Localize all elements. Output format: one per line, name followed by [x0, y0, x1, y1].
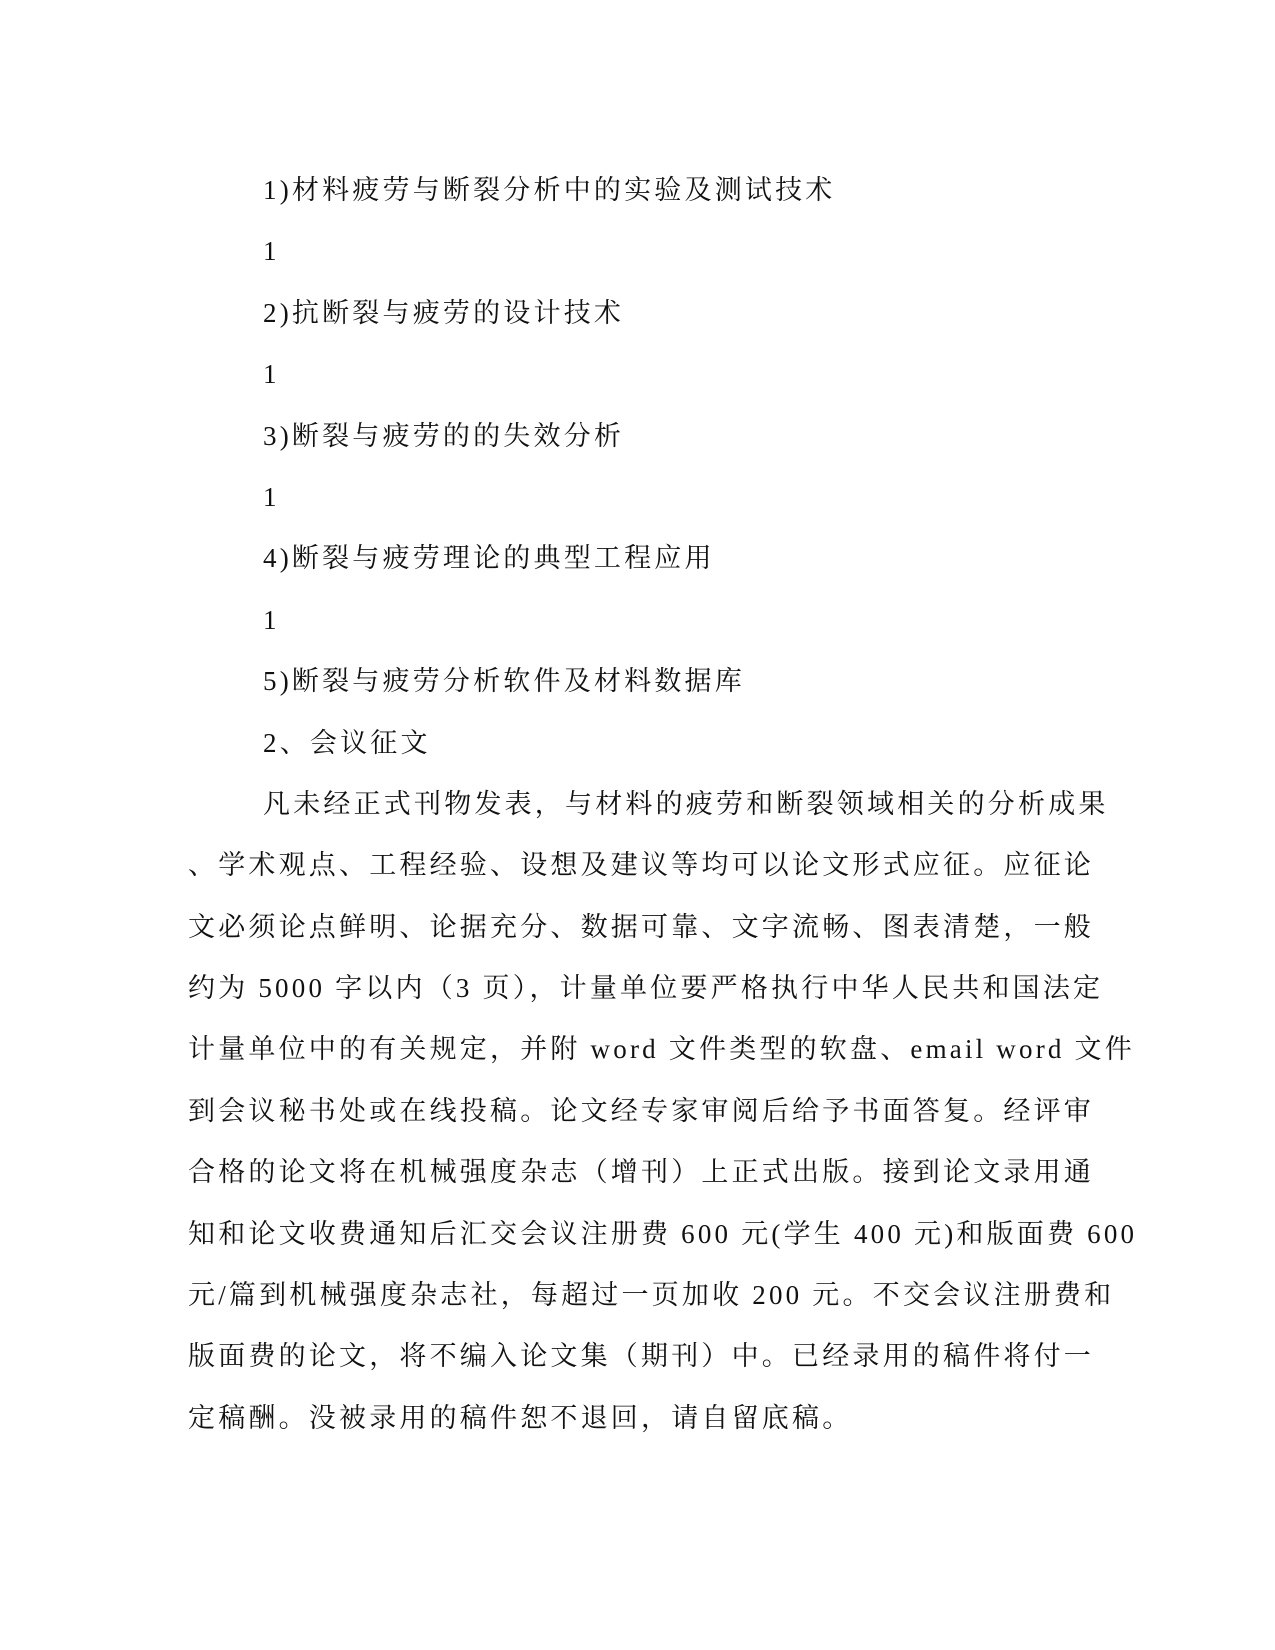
- paragraph-line: 文必须论点鲜明、论据充分、数据可靠、文字流畅、图表清楚，一般: [188, 897, 1080, 958]
- paragraph-line: 定稿酬。没被录用的稿件恕不退回，请自留底稿。: [188, 1388, 1080, 1449]
- topic-item-3: 3)断裂与疲劳的的失效分析: [188, 406, 1080, 467]
- paragraph-line: 凡未经正式刊物发表，与材料的疲劳和断裂领域相关的分析成果: [188, 774, 1080, 835]
- section-paragraph: 凡未经正式刊物发表，与材料的疲劳和断裂领域相关的分析成果 、学术观点、工程经验、…: [188, 774, 1080, 1449]
- topic-item-2: 2)抗断裂与疲劳的设计技术: [188, 283, 1080, 344]
- paragraph-line: 版面费的论文，将不编入论文集（期刊）中。已经录用的稿件将付一: [188, 1326, 1080, 1387]
- paragraph-line: 到会议秘书处或在线投稿。论文经专家审阅后给予书面答复。经评审: [188, 1081, 1080, 1142]
- topic-item-5: 5)断裂与疲劳分析软件及材料数据库: [188, 651, 1080, 712]
- paragraph-line: 约为 5000 字以内（3 页），计量单位要严格执行中华人民共和国法定: [188, 958, 1080, 1019]
- topic-marker-1: 1: [188, 221, 1080, 282]
- document-page: 1)材料疲劳与断裂分析中的实验及测试技术 1 2)抗断裂与疲劳的设计技术 1 3…: [188, 160, 1080, 1449]
- paragraph-line: 计量单位中的有关规定，并附 word 文件类型的软盘、email word 文件: [188, 1019, 1080, 1080]
- topic-marker-4: 1: [188, 590, 1080, 651]
- paragraph-line: 知和论文收费通知后汇交会议注册费 600 元(学生 400 元)和版面费 600: [188, 1204, 1080, 1265]
- topic-item-4: 4)断裂与疲劳理论的典型工程应用: [188, 528, 1080, 589]
- paragraph-line: 合格的论文将在机械强度杂志（增刊）上正式出版。接到论文录用通: [188, 1142, 1080, 1203]
- topic-item-1: 1)材料疲劳与断裂分析中的实验及测试技术: [188, 160, 1080, 221]
- topic-marker-3: 1: [188, 467, 1080, 528]
- paragraph-line: 、学术观点、工程经验、设想及建议等均可以论文形式应征。应征论: [188, 835, 1080, 896]
- topic-marker-2: 1: [188, 344, 1080, 405]
- paragraph-line: 元/篇到机械强度杂志社，每超过一页加收 200 元。不交会议注册费和: [188, 1265, 1080, 1326]
- section-heading: 2、会议征文: [188, 713, 1080, 774]
